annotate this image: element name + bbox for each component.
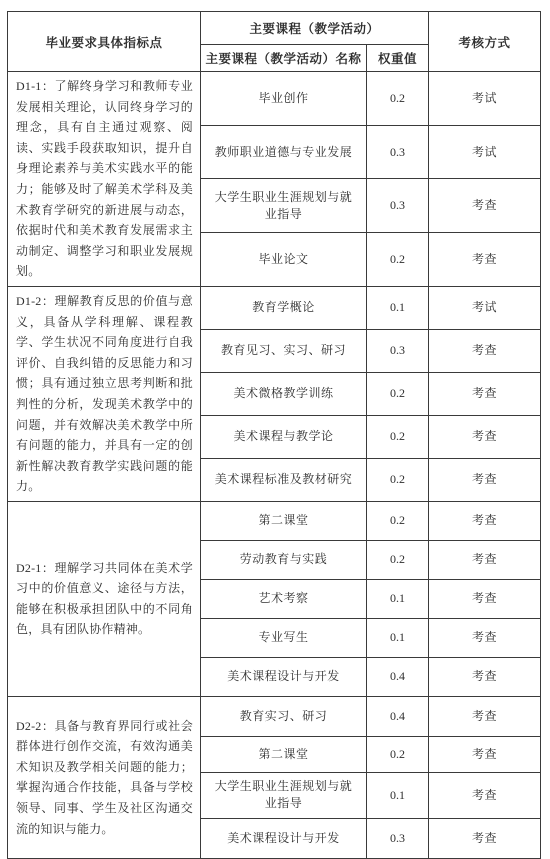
assessment-method: 考查 xyxy=(429,772,541,818)
assessment-method: 考查 xyxy=(429,501,541,540)
course-name: 劳动教育与实践 xyxy=(201,540,367,579)
assessment-method: 考查 xyxy=(429,618,541,657)
course-name: 美术课程设计与开发 xyxy=(201,657,367,696)
assessment-method: 考查 xyxy=(429,818,541,858)
course-weight: 0.3 xyxy=(367,125,429,179)
course-weight: 0.1 xyxy=(367,286,429,329)
assessment-method: 考查 xyxy=(429,736,541,772)
table-row: D1-2：理解教育反思的价值与意义，具备从学科理解、课程教学、学生状况不同角度进… xyxy=(8,286,541,329)
course-weight: 0.4 xyxy=(367,696,429,736)
course-name: 美术微格教学训练 xyxy=(201,372,367,415)
course-name: 教育学概论 xyxy=(201,286,367,329)
course-weight: 0.1 xyxy=(367,618,429,657)
assessment-method: 考试 xyxy=(429,125,541,179)
indicator-cell-d2-2: D2-2：具备与教育界同行或社会群体进行创作交流，有效沟通美术知识及教学相关问题… xyxy=(8,696,201,858)
course-name: 大学生职业生涯规划与就业指导 xyxy=(201,179,367,233)
assessment-method: 考查 xyxy=(429,329,541,372)
course-name: 第二课堂 xyxy=(201,501,367,540)
table-row: D2-2：具备与教育界同行或社会群体进行创作交流，有效沟通美术知识及教学相关问题… xyxy=(8,696,541,736)
header-course-name: 主要课程（教学活动）名称 xyxy=(201,45,367,72)
course-name: 教育实习、研习 xyxy=(201,696,367,736)
course-name: 艺术考察 xyxy=(201,579,367,618)
indicator-text: D2-1：理解学习共同体在美术学习中的价值意义、途径与方法，能够在积极承担团队中… xyxy=(16,558,193,640)
assessment-method: 考查 xyxy=(429,415,541,458)
course-weight: 0.2 xyxy=(367,72,429,126)
indicator-cell-d1-2: D1-2：理解教育反思的价值与意义，具备从学科理解、课程教学、学生状况不同角度进… xyxy=(8,286,201,501)
header-indicator: 毕业要求具体指标点 xyxy=(8,12,201,72)
assessment-method: 考查 xyxy=(429,696,541,736)
course-weight: 0.2 xyxy=(367,233,429,287)
course-weight: 0.2 xyxy=(367,458,429,501)
course-name: 美术课程与教学论 xyxy=(201,415,367,458)
course-weight: 0.1 xyxy=(367,772,429,818)
course-weight: 0.3 xyxy=(367,329,429,372)
header-row-1: 毕业要求具体指标点 主要课程（教学活动） 考核方式 xyxy=(8,12,541,45)
assessment-method: 考查 xyxy=(429,372,541,415)
course-weight: 0.3 xyxy=(367,179,429,233)
course-name: 教师职业道德与专业发展 xyxy=(201,125,367,179)
course-weight: 0.3 xyxy=(367,818,429,858)
assessment-method: 考查 xyxy=(429,579,541,618)
graduation-requirements-table: 毕业要求具体指标点 主要课程（教学活动） 考核方式 主要课程（教学活动）名称 权… xyxy=(7,11,541,859)
assessment-method: 考查 xyxy=(429,179,541,233)
course-weight: 0.1 xyxy=(367,579,429,618)
course-weight: 0.2 xyxy=(367,415,429,458)
course-name: 大学生职业生涯规划与就业指导 xyxy=(201,772,367,818)
course-weight: 0.2 xyxy=(367,372,429,415)
indicator-text: D1-1：了解终身学习和教师专业发展相关理论，认同终身学习的理念，具有自主通过观… xyxy=(16,76,193,282)
assessment-method: 考查 xyxy=(429,458,541,501)
header-assessment: 考核方式 xyxy=(429,12,541,72)
course-name: 美术课程设计与开发 xyxy=(201,818,367,858)
course-weight: 0.4 xyxy=(367,657,429,696)
indicator-cell-d2-1: D2-1：理解学习共同体在美术学习中的价值意义、途径与方法，能够在积极承担团队中… xyxy=(8,501,201,696)
assessment-method: 考查 xyxy=(429,540,541,579)
course-name: 第二课堂 xyxy=(201,736,367,772)
course-name: 毕业论文 xyxy=(201,233,367,287)
header-weight: 权重值 xyxy=(367,45,429,72)
table-row: D2-1：理解学习共同体在美术学习中的价值意义、途径与方法，能够在积极承担团队中… xyxy=(8,501,541,540)
header-courses-group: 主要课程（教学活动） xyxy=(201,12,429,45)
course-name: 专业写生 xyxy=(201,618,367,657)
course-name: 毕业创作 xyxy=(201,72,367,126)
indicator-text: D1-2：理解教育反思的价值与意义，具备从学科理解、课程教学、学生状况不同角度进… xyxy=(16,291,193,497)
course-name: 美术课程标准及教材研究 xyxy=(201,458,367,501)
assessment-method: 考查 xyxy=(429,657,541,696)
course-weight: 0.2 xyxy=(367,540,429,579)
assessment-method: 考试 xyxy=(429,72,541,126)
course-name: 教育见习、实习、研习 xyxy=(201,329,367,372)
table-row: D1-1：了解终身学习和教师专业发展相关理论，认同终身学习的理念，具有自主通过观… xyxy=(8,72,541,126)
document-page: 毕业要求具体指标点 主要课程（教学活动） 考核方式 主要课程（教学活动）名称 权… xyxy=(0,0,550,818)
assessment-method: 考试 xyxy=(429,286,541,329)
indicator-cell-d1-1: D1-1：了解终身学习和教师专业发展相关理论，认同终身学习的理念，具有自主通过观… xyxy=(8,72,201,287)
assessment-method: 考查 xyxy=(429,233,541,287)
course-weight: 0.2 xyxy=(367,501,429,540)
course-weight: 0.2 xyxy=(367,736,429,772)
indicator-text: D2-2：具备与教育界同行或社会群体进行创作交流，有效沟通美术知识及教学相关问题… xyxy=(16,716,193,840)
